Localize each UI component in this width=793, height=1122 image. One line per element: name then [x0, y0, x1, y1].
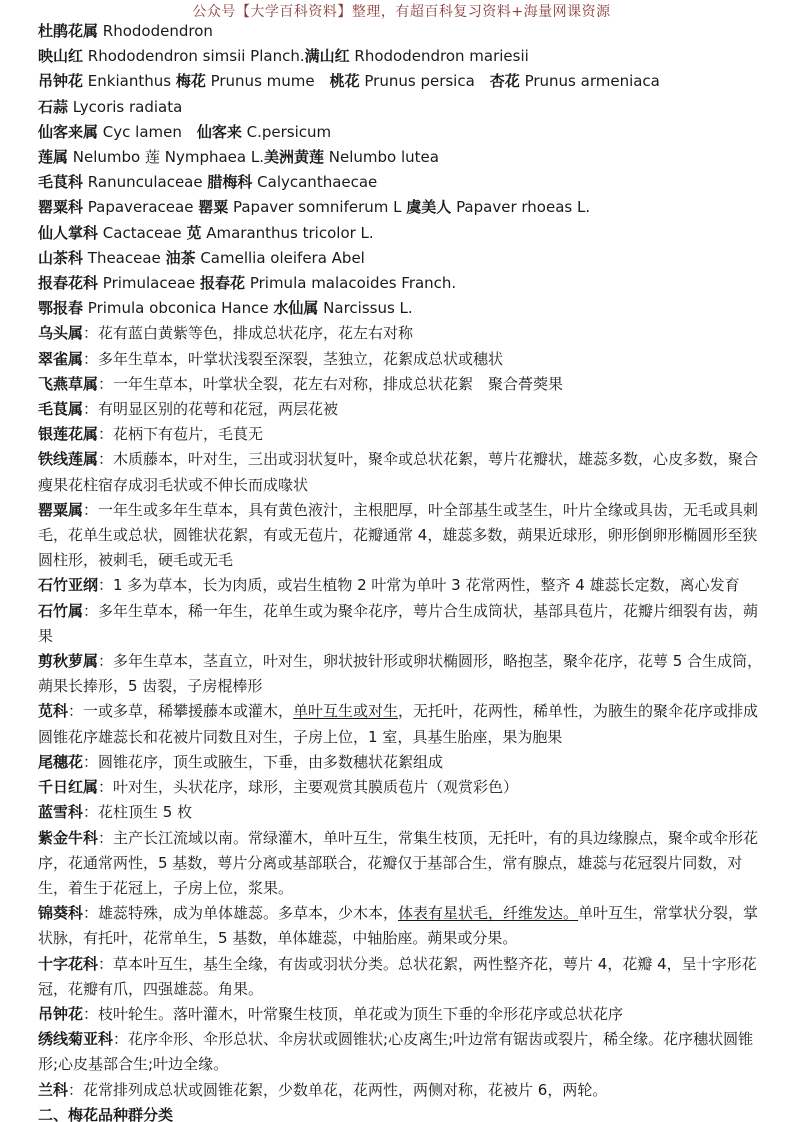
- entry-term: 紫金牛科: [38, 829, 98, 847]
- entry-term: 十字花科: [38, 955, 98, 973]
- entry-description: Papaver rhoeas L.: [451, 198, 590, 216]
- entry-term: 毛茛科: [38, 173, 83, 191]
- entry-line: 山茶科 Theaceae 油茶 Camellia oleifera Abel: [38, 246, 765, 271]
- entry-term: 铁线莲属: [38, 450, 98, 468]
- entry-line: 十字花科：草本叶互生，基生全缘，有齿或羽状分类。总状花絮，两性整齐花，萼片 4，…: [38, 952, 765, 1002]
- entry-term: 银莲花属: [38, 425, 98, 443]
- entry-line: 尾穗花：圆锥花序，顶生或腋生，下垂，由多数穗状花絮组成: [38, 750, 765, 775]
- entry-description: ：圆锥花序，顶生或腋生，下垂，由多数穗状花絮组成: [83, 753, 443, 771]
- document-page: 公众号【大学百科资料】整理，有超百科复习资料+海量网课资源 杜鹃花属 Rhodo…: [0, 0, 793, 1122]
- entry-description: ：一年生草本，叶掌状全裂，花左右对称，排成总状花絮 聚合蓇葖果: [98, 375, 563, 393]
- entry-line: 铁线莲属：木质藤本，叶对生，三出或羽状复叶，聚伞或总状花絮，萼片花瓣状，雄蕊多数…: [38, 447, 765, 497]
- entry-description: Enkianthus: [83, 72, 176, 90]
- entry-term: 映山红: [38, 47, 83, 65]
- entry-term: 桃花: [330, 72, 360, 90]
- entry-line: 剪秋萝属：多年生草本，茎直立，叶对生，卵状披针形或卵状椭圆形，略抱茎，聚伞花序，…: [38, 649, 765, 699]
- entry-description: C.persicum: [242, 123, 331, 141]
- entry-description: Narcissus L.: [318, 299, 412, 317]
- entry-term: 尾穗花: [38, 753, 83, 771]
- entry-description: Nelumbo 莲 Nymphaea L.: [68, 148, 264, 166]
- entry-description: ：花柄下有苞片，毛茛无: [98, 425, 263, 443]
- entry-term: 蓝雪科: [38, 803, 83, 821]
- entry-line: 兰科：花常排列成总状或圆锥花絮，少数单花，花两性，两侧对称，花被片 6，两轮。: [38, 1078, 765, 1103]
- entry-description: Prunus mume: [206, 72, 330, 90]
- entry-description: ：叶对生，头状花序，球形，主要观赏其膜质苞片（观赏彩色）: [98, 778, 518, 796]
- entry-term: 虞美人: [406, 198, 451, 216]
- entry-term: 罂粟科: [38, 198, 83, 216]
- entry-line: 绣线菊亚科：花序伞形、伞形总状、伞房状或圆锥状;心皮离生;叶边常有锯齿或裂片，稀…: [38, 1027, 765, 1077]
- entry-line: 毛茛科 Ranunculaceae 腊梅科 Calycanthaecae: [38, 170, 765, 195]
- entry-description: ：枝叶轮生。落叶灌木，叶常聚生枝顶，单花或为顶生下垂的伞形花序或总状花序: [83, 1005, 623, 1023]
- entry-description: Nelumbo lutea: [324, 148, 439, 166]
- entry-line: 杜鹃花属 Rhododendron: [38, 19, 765, 44]
- entry-description: ：雄蕊特殊，成为单体雄蕊。多草本，少木本，: [83, 904, 398, 922]
- entry-term: 绣线菊亚科: [38, 1030, 113, 1048]
- entry-description: Rhododendron simsii Planch.: [83, 47, 305, 65]
- entry-line: 飞燕草属：一年生草本，叶掌状全裂，花左右对称，排成总状花絮 聚合蓇葖果: [38, 372, 765, 397]
- entry-term: 石竹属: [38, 602, 83, 620]
- entry-term: 兰科: [38, 1081, 68, 1099]
- entry-term: 报春花: [200, 274, 245, 292]
- entry-description: ：主产长江流域以南。常绿灌木，单叶互生，常集生枝顶，无托叶，有的具边缘腺点，聚伞…: [38, 829, 758, 897]
- entry-line: 石竹亚纲：1 多为草本，长为肉质，或岩生植物 2 叶常为单叶 3 花常两性，整齐…: [38, 573, 765, 598]
- entry-description: Cyc lamen: [98, 123, 197, 141]
- entry-line: 莲属 Nelumbo 莲 Nymphaea L.美洲黄莲 Nelumbo lut…: [38, 145, 765, 170]
- entry-term: 仙客来: [197, 123, 242, 141]
- entry-description: ：花常排列成总状或圆锥花絮，少数单花，花两性，两侧对称，花被片 6，两轮。: [68, 1081, 607, 1099]
- entry-line: 乌头属：花有蓝白黄紫等色，排成总状花序，花左右对称: [38, 321, 765, 346]
- entry-description: Cactaceae: [98, 224, 186, 242]
- entry-term: 鄂报春: [38, 299, 83, 317]
- entry-description: ：花柱顶生 5 枚: [83, 803, 192, 821]
- entry-description: ：有明显区别的花萼和花冠，两层花被: [83, 400, 338, 418]
- entry-term: 石蒜: [38, 98, 68, 116]
- entry-term: 仙客来属: [38, 123, 98, 141]
- entry-description: ：花有蓝白黄紫等色，排成总状花序，花左右对称: [83, 324, 413, 342]
- entry-description: ：一或多草，稀攀援藤本或灌木，: [68, 702, 293, 720]
- entries-list: 杜鹃花属 Rhododendron映山红 Rhododendron simsii…: [38, 19, 765, 1103]
- entry-description: Primula malacoides Franch.: [245, 274, 456, 292]
- entry-term: 石竹亚纲: [38, 576, 98, 594]
- entry-term: 千日红属: [38, 778, 98, 796]
- entry-term: 油茶: [166, 249, 196, 267]
- entry-line: 蓝雪科：花柱顶生 5 枚: [38, 800, 765, 825]
- entry-term: 罂粟属: [38, 501, 83, 519]
- entry-line: 紫金牛科：主产长江流域以南。常绿灌木，单叶互生，常集生枝顶，无托叶，有的具边缘腺…: [38, 826, 765, 902]
- entry-term: 山茶科: [38, 249, 83, 267]
- entry-description: Papaver somniferum L: [228, 198, 406, 216]
- entry-line: 石蒜 Lycoris radiata: [38, 95, 765, 120]
- entry-term: 乌头属: [38, 324, 83, 342]
- entry-description: Prunus armeniaca: [520, 72, 660, 90]
- entry-description: ：多年生草本，茎直立，叶对生，卵状披针形或卵状椭圆形，略抱茎，聚伞花序，花萼 5…: [38, 652, 762, 695]
- entry-term: 美洲黄莲: [264, 148, 324, 166]
- entry-term: 腊梅科: [207, 173, 252, 191]
- entry-description: 单叶互生或对生: [293, 702, 398, 720]
- entry-term: 锦葵科: [38, 904, 83, 922]
- entry-line: 千日红属：叶对生，头状花序，球形，主要观赏其膜质苞片（观赏彩色）: [38, 775, 765, 800]
- entry-description: Prunus persica: [360, 72, 490, 90]
- entry-description: Papaveraceae: [83, 198, 198, 216]
- entry-term: 吊钟花: [38, 1005, 83, 1023]
- entry-line: 苋科：一或多草，稀攀援藤本或灌木，单叶互生或对生，无托叶，花两性，稀单性，为腋生…: [38, 699, 765, 749]
- entry-term: 罂粟: [198, 198, 228, 216]
- entry-term: 苋科: [38, 702, 68, 720]
- entry-description: Theaceae: [83, 249, 166, 267]
- entry-term: 苋: [186, 224, 201, 242]
- entry-description: ：木质藤本，叶对生，三出或羽状复叶，聚伞或总状花絮，萼片花瓣状，雄蕊多数，心皮多…: [38, 450, 758, 493]
- entry-description: ：多年生草本，叶掌状浅裂至深裂，茎独立，花絮成总状或穗状: [83, 350, 503, 368]
- entry-line: 石竹属：多年生草本，稀一年生，花单生或为聚伞花序，萼片合生成筒状，基部具苞片，花…: [38, 599, 765, 649]
- entry-line: 锦葵科：雄蕊特殊，成为单体雄蕊。多草本，少木本，体表有星状毛，纤维发达。单叶互生…: [38, 901, 765, 951]
- entry-description: Camellia oleifera Abel: [196, 249, 365, 267]
- entry-description: ：草本叶互生，基生全缘，有齿或羽状分类。总状花絮，两性整齐花，萼片 4，花瓣 4…: [38, 955, 757, 998]
- entry-description: ：1 多为草本，长为肉质，或岩生植物 2 叶常为单叶 3 花常两性，整齐 4 雄…: [98, 576, 740, 594]
- entry-term: 吊钟花: [38, 72, 83, 90]
- entry-term: 杜鹃花属: [38, 22, 98, 40]
- entry-description: ：多年生草本，稀一年生，花单生或为聚伞花序，萼片合生成筒状，基部具苞片，花瓣片细…: [38, 602, 758, 645]
- entry-line: 银莲花属：花柄下有苞片，毛茛无: [38, 422, 765, 447]
- entry-line: 报春花科 Primulaceae 报春花 Primula malacoides …: [38, 271, 765, 296]
- entry-description: Amaranthus tricolor L.: [201, 224, 373, 242]
- entry-line: 仙客来属 Cyc lamen 仙客来 C.persicum: [38, 120, 765, 145]
- entry-line: 吊钟花 Enkianthus 梅花 Prunus mume 桃花 Prunus …: [38, 69, 765, 94]
- entry-line: 翠雀属：多年生草本，叶掌状浅裂至深裂，茎独立，花絮成总状或穗状: [38, 347, 765, 372]
- entry-description: Ranunculaceae: [83, 173, 207, 191]
- entry-line: 罂粟科 Papaveraceae 罂粟 Papaver somniferum L…: [38, 195, 765, 220]
- entry-term: 仙人掌科: [38, 224, 98, 242]
- entry-description: Primulaceae: [98, 274, 200, 292]
- entry-description: ：花序伞形、伞形总状、伞房状或圆锥状;心皮离生;叶边常有锯齿或裂片，稀全缘。花序…: [38, 1030, 753, 1073]
- entry-term: 报春花科: [38, 274, 98, 292]
- entry-description: Rhododendron mariesii: [350, 47, 529, 65]
- entry-term: 毛茛属: [38, 400, 83, 418]
- entry-term: 翠雀属: [38, 350, 83, 368]
- entry-description: Lycoris radiata: [68, 98, 182, 116]
- entry-term: 飞燕草属: [38, 375, 98, 393]
- entry-line: 仙人掌科 Cactaceae 苋 Amaranthus tricolor L.: [38, 221, 765, 246]
- entry-term: 杏花: [490, 72, 520, 90]
- entry-description: Rhododendron: [98, 22, 213, 40]
- entry-line: 罂粟属：一年生或多年生草本，具有黄色液汁，主根肥厚，叶全部基生或茎生，叶片全缘或…: [38, 498, 765, 574]
- entry-description: ：一年生或多年生草本，具有黄色液汁，主根肥厚，叶全部基生或茎生，叶片全缘或具齿，…: [38, 501, 758, 569]
- entry-description: Primula obconica Hance: [83, 299, 273, 317]
- entry-term: 剪秋萝属: [38, 652, 98, 670]
- section-heading: 二、梅花品种群分类: [38, 1103, 765, 1122]
- entry-term: 莲属: [38, 148, 68, 166]
- entry-term: 水仙属: [273, 299, 318, 317]
- entry-line: 鄂报春 Primula obconica Hance 水仙属 Narcissus…: [38, 296, 765, 321]
- entry-term: 梅花: [176, 72, 206, 90]
- entry-line: 吊钟花：枝叶轮生。落叶灌木，叶常聚生枝顶，单花或为顶生下垂的伞形花序或总状花序: [38, 1002, 765, 1027]
- entry-description: 体表有星状毛，纤维发达。: [398, 904, 578, 922]
- entry-line: 毛茛属：有明显区别的花萼和花冠，两层花被: [38, 397, 765, 422]
- entry-term: 满山红: [305, 47, 350, 65]
- entry-line: 映山红 Rhododendron simsii Planch.满山红 Rhodo…: [38, 44, 765, 69]
- entry-description: Calycanthaecae: [252, 173, 377, 191]
